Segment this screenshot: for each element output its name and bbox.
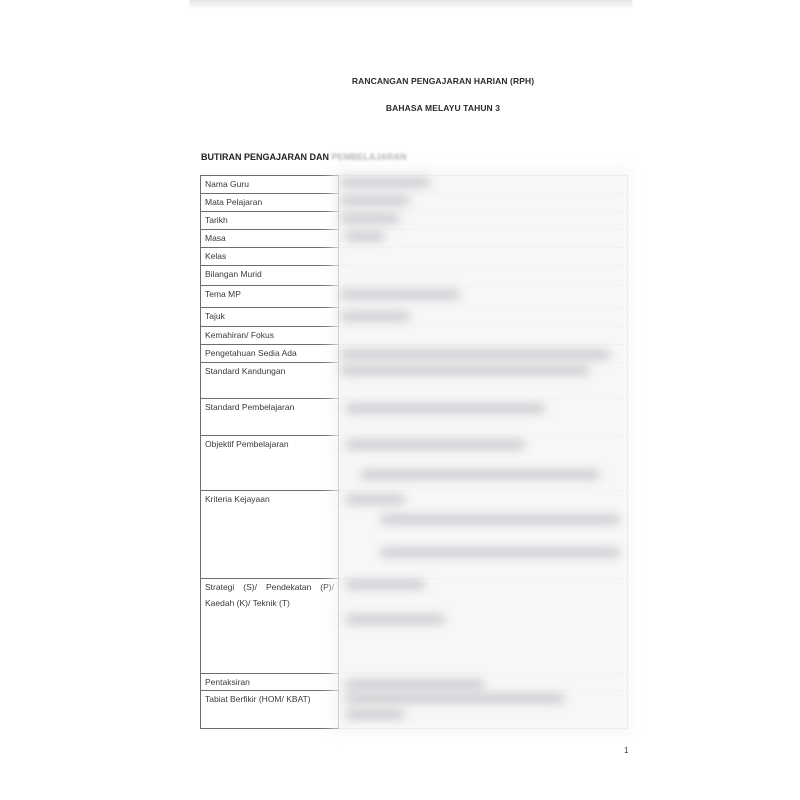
row-label: Bilangan Murid — [201, 266, 339, 286]
row-label: Tajuk — [201, 308, 339, 327]
redacted-line — [345, 404, 545, 413]
row-label: Standard Kandungan — [201, 363, 339, 399]
row-label: Tema MP — [201, 286, 339, 308]
section-heading: BUTIRAN PENGAJARAN DAN PEMBELAJARAN — [201, 152, 407, 162]
redacted-line — [380, 548, 620, 557]
redacted-line — [340, 350, 610, 359]
redacted-line — [345, 615, 445, 624]
row-label: Pentaksiran — [201, 674, 339, 691]
redacted-line — [340, 290, 460, 299]
row-label: Nama Guru — [201, 176, 339, 194]
redacted-line — [340, 366, 590, 375]
row-label: Strategi (S)/ Pendekatan (P)/ Kaedah (K)… — [201, 579, 339, 674]
redacted-line — [345, 710, 405, 719]
redacted-line — [340, 196, 410, 205]
redacted-line — [345, 680, 485, 689]
row-label: Tabiat Berfikir (HOM/ KBAT) — [201, 691, 339, 729]
redacted-line — [380, 515, 620, 524]
redacted-line — [345, 232, 385, 241]
document-title: RANCANGAN PENGAJARAN HARIAN (RPH) — [222, 76, 664, 86]
redacted-line — [340, 178, 430, 187]
row-label: Kemahiran/ Fokus — [201, 327, 339, 345]
row-label: Kriteria Kejayaan — [201, 491, 339, 579]
redacted-line — [360, 470, 600, 479]
section-heading-faded-text: PEMBELAJARAN — [332, 152, 407, 162]
redacted-line — [345, 580, 425, 589]
section-heading-text: BUTIRAN PENGAJARAN DAN — [201, 152, 332, 162]
redacted-line — [345, 495, 405, 504]
row-label: Standard Pembelajaran — [201, 399, 339, 436]
document-subtitle: BAHASA MELAYU TAHUN 3 — [222, 103, 664, 113]
redacted-values-area — [332, 168, 632, 733]
page-number: 1 — [624, 746, 628, 755]
redacted-line — [345, 440, 525, 449]
row-label: Kelas — [201, 248, 339, 266]
row-label: Masa — [201, 230, 339, 248]
document-page: RANCANGAN PENGAJARAN HARIAN (RPH) BAHASA… — [0, 0, 800, 800]
redacted-line — [340, 312, 410, 321]
row-label: Tarikh — [201, 212, 339, 230]
row-label: Objektif Pembelajaran — [201, 436, 339, 491]
row-label: Pengetahuan Sedia Ada — [201, 345, 339, 363]
redacted-line — [340, 214, 400, 223]
row-label: Mata Pelajaran — [201, 194, 339, 212]
redacted-line — [345, 694, 565, 703]
